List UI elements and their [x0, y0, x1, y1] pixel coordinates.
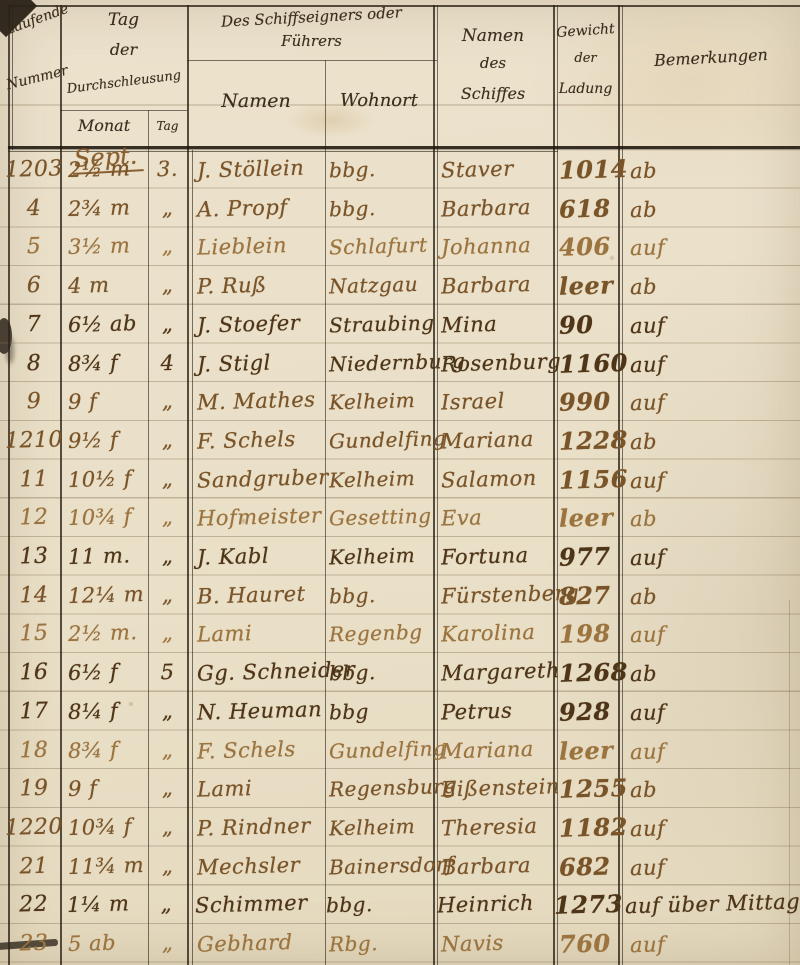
cell-schiffer-name: M. Mathes	[186, 380, 325, 423]
cell-tag: „	[147, 807, 187, 847]
cell-schiffsname: Rosenburg	[432, 342, 555, 384]
cell-laufende-nummer: 19	[7, 768, 60, 808]
cell-bemerkung: ab	[619, 496, 800, 540]
grid-h-schiffer-group-divider	[187, 60, 437, 61]
cell-gewicht: 1255	[554, 768, 620, 808]
cell-wohnort: Natzgau	[324, 265, 433, 307]
header-schiff-l2: des	[433, 56, 553, 72]
header-gewicht-l2: der	[553, 52, 618, 66]
cell-gewicht: 618	[554, 188, 620, 228]
cell-gewicht: 1268	[554, 652, 620, 692]
cell-gewicht: 682	[554, 846, 620, 886]
header-sub-monat: Monat	[60, 118, 148, 135]
header-gewicht-l1: Gewicht	[553, 22, 619, 41]
cell-wohnort: Niedernburg	[324, 342, 433, 384]
cell-bemerkung: auf	[619, 341, 800, 385]
cell-tag: „	[147, 691, 187, 731]
cell-wohnort: bbg	[324, 690, 433, 732]
cell-gewicht: 760	[554, 923, 620, 963]
cell-gewicht: 827	[554, 575, 620, 615]
cell-schiffer-name: P. Rindner	[186, 806, 325, 849]
cell-gewicht: 1273	[549, 884, 615, 924]
cell-schiffer-name: J. Stigl	[186, 342, 325, 385]
cell-gewicht: 1014	[554, 149, 620, 189]
cell-schiffsname: Margareth	[432, 651, 555, 693]
cell-schiffer-name: Gebhard	[186, 922, 325, 965]
cell-laufende-nummer: 13	[7, 536, 60, 576]
cell-gewicht: 928	[554, 691, 620, 731]
cell-tag: 4	[147, 343, 187, 383]
cell-gewicht: 977	[554, 536, 620, 576]
cell-monat-zeit: 9 f	[59, 381, 148, 422]
cell-laufende-nummer: 6	[7, 265, 60, 305]
cell-monat-zeit: 9 f	[59, 768, 148, 809]
cell-monat-zeit: 6½ ab	[59, 304, 148, 345]
header-tag-group-l2: der	[60, 42, 187, 59]
cell-monat-zeit: 8¾ f	[59, 342, 148, 383]
cell-schiffer-name: Gg. Schneider	[186, 651, 325, 694]
cell-monat-zeit: 11 m.	[59, 536, 148, 577]
ledger-row: 14 12¼ m „ B. Hauret bbg. Fürstenberg 82…	[8, 576, 800, 615]
cell-gewicht: 198	[554, 613, 620, 653]
cell-bemerkung: auf über Mittag	[614, 883, 800, 927]
cell-bemerkung: auf	[619, 728, 800, 772]
cell-bemerkung: auf	[619, 302, 800, 346]
cell-tag: „	[147, 420, 187, 460]
ledger-row: 21 11¾ m „ Mechsler Bainersdorf Barbara …	[8, 847, 800, 886]
cell-wohnort: bbg.	[324, 148, 433, 190]
cell-bemerkung: auf	[619, 805, 800, 849]
cell-schiffsname: Barbara	[432, 187, 555, 229]
cell-bemerkung: ab	[619, 573, 800, 617]
cell-bemerkung: auf	[619, 689, 800, 733]
cell-schiffsname: Mina	[432, 303, 555, 345]
cell-gewicht: 90	[554, 304, 620, 344]
cell-bemerkung: auf	[619, 612, 800, 656]
header-tag-group-l1: Tag	[60, 12, 187, 30]
cell-laufende-nummer: 1203	[7, 149, 60, 189]
cell-schiffsname: Barbara	[432, 264, 555, 306]
cell-schiffsname: Israel	[432, 380, 555, 422]
cell-monat-zeit: 12¼ m	[59, 574, 148, 615]
cell-schiffsname: Salamon	[432, 458, 555, 500]
cell-wohnort: Kelheim	[324, 535, 433, 577]
cell-schiffsname: Petrus	[432, 690, 555, 732]
header-schiffer-group-l2: Führers	[190, 34, 433, 50]
cell-schiffsname: Karolina	[432, 613, 555, 655]
ledger-row: 1220 10¾ f „ P. Rindner Kelheim Theresia…	[8, 808, 800, 847]
cell-tag: „	[147, 614, 187, 654]
ledger-row: 6 4 m „ P. Ruß Natzgau Barbara leer ab	[8, 266, 800, 305]
cell-tag: „	[147, 498, 187, 538]
cell-schiffsname: Eißenstein	[432, 767, 555, 809]
cell-laufende-nummer: 14	[7, 575, 60, 615]
cell-laufende-nummer: 7	[7, 304, 60, 344]
cell-laufende-nummer: 11	[7, 459, 60, 499]
cell-laufende-nummer: 16	[7, 652, 60, 692]
cell-wohnort: bbg.	[324, 187, 433, 229]
cell-gewicht: leer	[554, 265, 620, 305]
cell-laufende-nummer: 22	[7, 885, 60, 925]
cell-wohnort: Schlafurt	[324, 226, 433, 268]
cell-schiffsname: Johanna	[432, 226, 555, 268]
cell-monat-zeit: 4 m	[59, 265, 148, 306]
cell-schiffer-name: Schimmer	[185, 883, 323, 925]
cell-tag: „	[147, 459, 187, 499]
ledger-row: 19 9 f „ Lami Regensburg Eißenstein 1255…	[8, 769, 800, 808]
header-sub-namen: Namen	[187, 92, 325, 112]
cell-tag: „	[147, 846, 187, 886]
cell-tag: „	[147, 730, 187, 770]
cell-laufende-nummer: 9	[7, 381, 60, 421]
cell-bemerkung: ab	[619, 418, 800, 462]
cell-laufende-nummer: 12	[7, 498, 60, 538]
cell-wohnort: bbg.	[324, 574, 433, 616]
cell-wohnort: Bainersdorf	[324, 845, 433, 887]
cell-bemerkung: ab	[619, 264, 800, 308]
ledger-row: 7 6½ ab „ J. Stoefer Straubing Mina 90 a…	[8, 305, 800, 344]
cell-tag: „	[147, 227, 187, 267]
ledger-row: 9 9 f „ M. Mathes Kelheim Israel 990 auf	[8, 382, 800, 421]
ledger-page: Laufende Nummer Tag der Durchschleusung …	[0, 0, 800, 965]
header-tag-group-l3: Durchschleusung	[56, 68, 193, 98]
cell-schiffer-name: F. Schels	[186, 729, 325, 772]
ledger-row: 1203 2½ m 3. J. Stöllein bbg. Staver 101…	[8, 150, 800, 189]
cell-monat-zeit: 3½ m	[59, 226, 148, 267]
cell-wohnort: bbg.	[324, 652, 433, 694]
cell-gewicht: 1182	[554, 807, 620, 847]
cell-laufende-nummer: 8	[7, 343, 60, 383]
cell-schiffer-name: F. Schels	[186, 419, 325, 462]
cell-wohnort: Gesetting	[324, 497, 433, 539]
cell-bemerkung: ab	[619, 651, 800, 695]
cell-schiffer-name: A. Propf	[186, 187, 325, 230]
ledger-row: 8 8¾ f 4 J. Stigl Niedernburg Rosenburg …	[8, 344, 800, 383]
ledger-row: 11 10½ f „ Sandgruber Kelheim Salamon 11…	[8, 460, 800, 499]
cell-monat-zeit: 6½ f	[59, 652, 148, 693]
cell-monat-zeit: 10¾ f	[59, 807, 148, 848]
cell-schiffsname: Mariana	[432, 419, 555, 461]
cell-wohnort: Straubing	[324, 303, 433, 345]
cell-tag: „	[147, 575, 187, 615]
ledger-row: 23 5 ab „ Gebhard Rbg. Navis 760 auf	[8, 924, 800, 963]
cell-schiffer-name: Lami	[186, 767, 325, 810]
cell-wohnort: Kelheim	[324, 381, 433, 423]
cell-wohnort: Rbg.	[324, 922, 433, 964]
cell-schiffer-name: J. Stöllein	[186, 148, 325, 191]
cell-schiffsname: Fürstenberg	[432, 574, 555, 616]
cell-schiffsname: Staver	[432, 148, 555, 190]
header-schiff-l3: Schiffes	[433, 86, 553, 103]
cell-tag: 5	[147, 653, 187, 693]
cell-monat-zeit: 5 ab	[59, 923, 148, 964]
cell-wohnort: Regenbg	[324, 613, 433, 655]
cell-schiffer-name: Hofmeister	[186, 496, 325, 539]
cell-bemerkung: ab	[619, 147, 800, 191]
cell-schiffer-name: Lieblein	[186, 225, 325, 268]
cell-laufende-nummer: 1220	[7, 807, 60, 847]
cell-schiffer-name: N. Heuman	[186, 690, 325, 733]
cell-bemerkung: auf	[619, 457, 800, 501]
cell-laufende-nummer: 4	[7, 188, 60, 228]
cell-bemerkung: auf	[619, 225, 800, 269]
cell-tag: „	[147, 266, 187, 306]
cell-wohnort: Gundelfing	[324, 729, 433, 771]
ledger-row: 18 8¾ f „ F. Schels Gundelfing Mariana l…	[8, 731, 800, 770]
cell-schiffsname: Barbara	[432, 845, 555, 887]
cell-schiffer-name: Sandgruber	[186, 458, 325, 501]
cell-bemerkung: auf	[619, 921, 800, 965]
cell-tag: „	[147, 382, 187, 422]
grid-h-monat-tag-divider	[60, 110, 187, 111]
cell-bemerkung: auf	[619, 534, 800, 578]
cell-laufende-nummer: 1210	[7, 420, 60, 460]
cell-monat-zeit: 10¾ f	[59, 497, 148, 538]
ledger-row: 13 11 m. „ J. Kabl Kelheim Fortuna 977 a…	[8, 537, 800, 576]
header-bemerkungen: Bemerkungen	[622, 45, 800, 71]
ledger-row: 4 2¾ m „ A. Propf bbg. Barbara 618 ab	[8, 189, 800, 228]
cell-tag: „	[146, 885, 186, 925]
cell-laufende-nummer: 18	[7, 730, 60, 770]
cell-monat-zeit: 2¾ m	[59, 187, 148, 228]
ledger-row: 1210 9½ f „ F. Schels Gundelfing Mariana…	[8, 421, 800, 460]
cell-schiffer-name: J. Kabl	[186, 535, 325, 578]
cell-monat-zeit: 9½ f	[59, 420, 148, 461]
cell-monat-zeit: 8¾ f	[59, 729, 148, 770]
cell-schiffsname: Eva	[432, 497, 555, 539]
cell-bemerkung: auf	[619, 380, 800, 424]
cell-schiffer-name: Lami	[186, 612, 325, 655]
cell-gewicht: 1156	[554, 459, 620, 499]
cell-laufende-nummer: 17	[7, 691, 60, 731]
cell-tag: „	[147, 304, 187, 344]
cell-wohnort: Regensburg	[324, 768, 433, 810]
cell-tag: 3.	[147, 149, 187, 189]
ledger-row: 16 6½ f 5 Gg. Schneider bbg. Margareth 1…	[8, 653, 800, 692]
cell-laufende-nummer: 15	[7, 614, 60, 654]
cell-gewicht: 1228	[554, 420, 620, 460]
cell-wohnort: Kelheim	[324, 806, 433, 848]
header-sub-tag: Tag	[148, 120, 187, 133]
cell-schiffer-name: Mechsler	[186, 845, 325, 888]
header-sub-wohnort: Wohnort	[325, 92, 433, 111]
cell-wohnort: Gundelfing	[324, 419, 433, 461]
cell-schiffsname: Navis	[432, 922, 555, 964]
cell-wohnort: bbg.	[321, 884, 429, 926]
cell-gewicht: leer	[554, 730, 620, 770]
cell-schiffsname: Heinrich	[428, 884, 550, 926]
ledger-row: 12 10¾ f „ Hofmeister Gesetting Eva leer…	[8, 498, 800, 537]
ledger-row: 17 8¼ f „ N. Heuman bbg Petrus 928 auf	[8, 692, 800, 731]
cell-bemerkung: ab	[619, 767, 800, 811]
header-gewicht-l3: Ladung	[553, 82, 618, 97]
cell-bemerkung: ab	[619, 186, 800, 230]
cell-laufende-nummer: 5	[7, 227, 60, 267]
cell-gewicht: leer	[554, 497, 620, 537]
header-schiffer-group-l1: Des Schiffseigners oder	[190, 4, 433, 32]
cell-tag: „	[147, 923, 187, 963]
cell-monat-zeit: 2½ m.	[59, 613, 148, 654]
cell-schiffer-name: J. Stoefer	[186, 303, 325, 346]
cell-tag: „	[147, 769, 187, 809]
ledger-row: 15 2½ m. „ Lami Regenbg Karolina 198 auf	[8, 614, 800, 653]
cell-monat-zeit: 10½ f	[59, 458, 148, 499]
header-schiff-l1: Namen	[433, 28, 553, 46]
ledger-row: 22 1¼ m „ Schimmer bbg. Heinrich 1273 au…	[8, 885, 800, 924]
cell-gewicht: 990	[554, 381, 620, 421]
cell-wohnort: Kelheim	[324, 458, 433, 500]
cell-gewicht: 1160	[554, 343, 620, 383]
cell-gewicht: 406	[554, 226, 620, 266]
cell-monat-zeit: 11¾ m	[59, 845, 148, 886]
cell-bemerkung: auf	[619, 844, 800, 888]
cell-schiffsname: Fortuna	[432, 535, 555, 577]
cell-schiffsname: Theresia	[432, 806, 555, 848]
cell-monat-zeit: 2½ m	[59, 149, 148, 190]
cell-tag: „	[147, 188, 187, 228]
cell-monat-zeit: 8¼ f	[59, 691, 148, 732]
cell-schiffsname: Mariana	[432, 729, 555, 771]
cell-monat-zeit: 1¼ m	[59, 884, 147, 925]
header-nummer: Nummer	[5, 66, 61, 93]
cell-tag: „	[147, 536, 187, 576]
cell-schiffer-name: P. Ruß	[186, 264, 325, 307]
cell-schiffer-name: B. Hauret	[186, 574, 325, 617]
ledger-row: 5 3½ m „ Lieblein Schlafurt Johanna 406 …	[8, 227, 800, 266]
cell-laufende-nummer: 23	[7, 923, 60, 963]
cell-laufende-nummer: 21	[7, 846, 60, 886]
